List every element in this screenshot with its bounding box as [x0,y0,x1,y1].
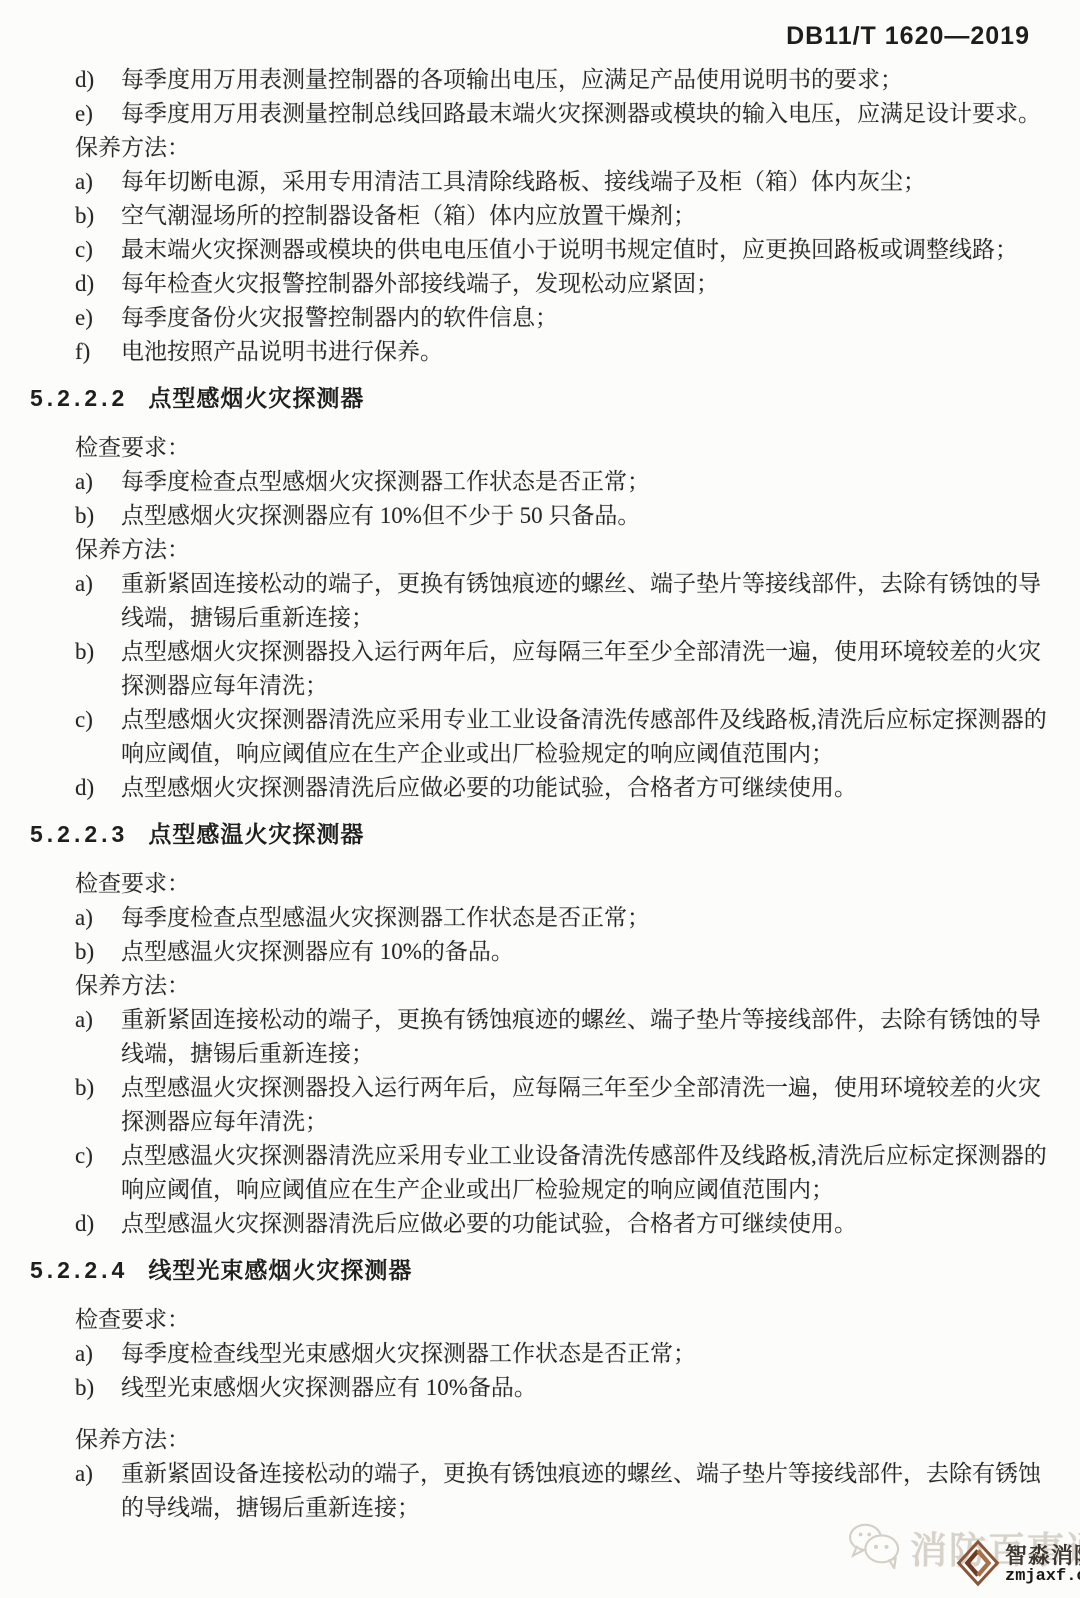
list-item: c) 最末端火灾探测器或模块的供电电压值小于说明书规定值时，应更换回路板或调整线… [75,233,1056,267]
document-page: DB11/T 1620—2019 d) 每季度用万用表测量控制器的各项输出电压，… [0,0,1080,1598]
section-heading-5224: 5.2.2.4 线型光束感烟火灾探测器 [30,1253,1056,1287]
list-item: a) 重新紧固设备连接松动的端子，更换有锈蚀痕迹的螺丝、端子垫片等接线部件，去除… [75,1457,1056,1525]
list-item: b) 线型光束感烟火灾探测器应有 10%备品。 [75,1371,1056,1405]
prelude-method-list: a) 每年切断电源，采用专用清洁工具清除线路板、接线端子及柜（箱）体内灰尘； b… [75,165,1056,369]
check-heading: 检查要求： [75,431,1056,465]
item-text: 每季度用万用表测量控制器的各项输出电压，应满足产品使用说明书的要求； [121,63,1056,97]
item-text: 点型感烟火灾探测器应有 10%但不少于 50 只备品。 [121,499,1056,533]
item-marker: a) [75,465,121,499]
chat-bubbles-icon [846,1521,904,1574]
item-text: 点型感烟火灾探测器清洗后应做必要的功能试验，合格者方可继续使用。 [121,771,1056,805]
item-marker: b) [75,199,121,233]
item-text: 重新紧固连接松动的端子，更换有锈蚀痕迹的螺丝、端子垫片等接线部件，去除有锈蚀的导… [121,1003,1056,1071]
method-heading: 保养方法： [75,533,1056,567]
section-heading-5222: 5.2.2.2 点型感烟火灾探测器 [30,381,1056,415]
check-list: a) 每季度检查点型感温火灾探测器工作状态是否正常； b) 点型感温火灾探测器应… [75,901,1056,969]
section-heading-5223: 5.2.2.3 点型感温火灾探测器 [30,817,1056,851]
item-text: 每季度用万用表测量控制总线回路最末端火灾探测器或模块的输入电压，应满足设计要求。 [121,97,1056,131]
item-marker: a) [75,567,121,635]
item-marker: d) [75,771,121,805]
diamond-logo-icon [956,1538,1000,1593]
list-item: b) 点型感烟火灾探测器应有 10%但不少于 50 只备品。 [75,499,1056,533]
brand-text: 智淼消防 zmjaxf.com [1005,1544,1080,1587]
item-marker: a) [75,1003,121,1071]
item-marker: d) [75,267,121,301]
item-text: 点型感温火灾探测器清洗后应做必要的功能试验，合格者方可继续使用。 [121,1207,1056,1241]
brand-name: 智淼消防 [1005,1544,1080,1568]
item-marker: a) [75,901,121,935]
item-text: 点型感温火灾探测器清洗应采用专业工业设备清洗传感部件及线路板,清洗后应标定探测器… [121,1139,1056,1207]
item-text: 点型感烟火灾探测器投入运行两年后，应每隔三年至少全部清洗一遍，使用环境较差的火灾… [121,635,1056,703]
list-item: e) 每季度用万用表测量控制总线回路最末端火灾探测器或模块的输入电压，应满足设计… [75,97,1056,131]
list-item: a) 每季度检查点型感温火灾探测器工作状态是否正常； [75,901,1056,935]
list-item: a) 重新紧固连接松动的端子，更换有锈蚀痕迹的螺丝、端子垫片等接线部件，去除有锈… [75,567,1056,635]
item-marker: c) [75,703,121,771]
section-title: 点型感温火灾探测器 [148,817,364,851]
item-marker: c) [75,233,121,267]
item-marker: b) [75,1371,121,1405]
list-item: b) 点型感温火灾探测器投入运行两年后，应每隔三年至少全部清洗一遍，使用环境较差… [75,1071,1056,1139]
list-item: d) 点型感温火灾探测器清洗后应做必要的功能试验，合格者方可继续使用。 [75,1207,1056,1241]
list-item: f) 电池按照产品说明书进行保养。 [75,335,1056,369]
item-text: 每年切断电源，采用专用清洁工具清除线路板、接线端子及柜（箱）体内灰尘； [121,165,1056,199]
item-text: 每季度检查点型感温火灾探测器工作状态是否正常； [121,901,1056,935]
item-text: 每年检查火灾报警控制器外部接线端子，发现松动应紧固； [121,267,1056,301]
item-marker: a) [75,1337,121,1371]
list-item: a) 每季度检查点型感烟火灾探测器工作状态是否正常； [75,465,1056,499]
list-item: c) 点型感温火灾探测器清洗应采用专业工业设备清洗传感部件及线路板,清洗后应标定… [75,1139,1056,1207]
check-list: a) 每季度检查点型感烟火灾探测器工作状态是否正常； b) 点型感烟火灾探测器应… [75,465,1056,533]
watermark-zhimiao-xiaofang: 智淼消防 zmjaxf.com [956,1538,1080,1593]
list-item: c) 点型感烟火灾探测器清洗应采用专业工业设备清洗传感部件及线路板,清洗后应标定… [75,703,1056,771]
check-heading: 检查要求： [75,1303,1056,1337]
doc-number: DB11/T 1620—2019 [786,22,1030,51]
method-heading: 保养方法： [75,969,1056,1003]
item-marker: b) [75,499,121,533]
section-title: 点型感烟火灾探测器 [148,381,364,415]
item-text: 空气潮湿场所的控制器设备柜（箱）体内应放置干燥剂； [121,199,1056,233]
item-text: 线型光束感烟火灾探测器应有 10%备品。 [121,1371,1056,1405]
brand-domain: zmjaxf.com [1005,1568,1080,1587]
list-item: d) 每季度用万用表测量控制器的各项输出电压，应满足产品使用说明书的要求； [75,63,1056,97]
check-heading: 检查要求： [75,867,1056,901]
item-marker: d) [75,1207,121,1241]
list-item: d) 点型感烟火灾探测器清洗后应做必要的功能试验，合格者方可继续使用。 [75,771,1056,805]
item-text: 电池按照产品说明书进行保养。 [121,335,1056,369]
item-text: 点型感烟火灾探测器清洗应采用专业工业设备清洗传感部件及线路板,清洗后应标定探测器… [121,703,1056,771]
item-marker: d) [75,63,121,97]
list-item: b) 空气潮湿场所的控制器设备柜（箱）体内应放置干燥剂； [75,199,1056,233]
method-list: a) 重新紧固连接松动的端子，更换有锈蚀痕迹的螺丝、端子垫片等接线部件，去除有锈… [75,1003,1056,1241]
list-item: b) 点型感烟火灾探测器投入运行两年后，应每隔三年至少全部清洗一遍，使用环境较差… [75,635,1056,703]
item-marker: b) [75,935,121,969]
list-item: b) 点型感温火灾探测器应有 10%的备品。 [75,935,1056,969]
item-text: 点型感温火灾探测器投入运行两年后，应每隔三年至少全部清洗一遍，使用环境较差的火灾… [121,1071,1056,1139]
item-marker: f) [75,335,121,369]
section-number: 5.2.2.2 [30,381,128,415]
list-item: e) 每季度备份火灾报警控制器内的软件信息； [75,301,1056,335]
list-item: a) 每年切断电源，采用专用清洁工具清除线路板、接线端子及柜（箱）体内灰尘； [75,165,1056,199]
item-marker: a) [75,1457,121,1525]
method-heading: 保养方法： [75,131,1056,165]
item-text: 每季度检查点型感烟火灾探测器工作状态是否正常； [121,465,1056,499]
item-text: 点型感温火灾探测器应有 10%的备品。 [121,935,1056,969]
method-list: a) 重新紧固设备连接松动的端子，更换有锈蚀痕迹的螺丝、端子垫片等接线部件，去除… [75,1457,1056,1525]
prelude-check-list: d) 每季度用万用表测量控制器的各项输出电压，应满足产品使用说明书的要求； e)… [75,63,1056,131]
section-number: 5.2.2.3 [30,817,128,851]
item-marker: e) [75,301,121,335]
item-marker: a) [75,165,121,199]
list-item: a) 每季度检查线型光束感烟火灾探测器工作状态是否正常； [75,1337,1056,1371]
list-item: d) 每年检查火灾报警控制器外部接线端子，发现松动应紧固； [75,267,1056,301]
item-text: 每季度检查线型光束感烟火灾探测器工作状态是否正常； [121,1337,1056,1371]
item-marker: c) [75,1139,121,1207]
item-text: 重新紧固设备连接松动的端子，更换有锈蚀痕迹的螺丝、端子垫片等接线部件，去除有锈蚀… [121,1457,1056,1525]
item-text: 重新紧固连接松动的端子，更换有锈蚀痕迹的螺丝、端子垫片等接线部件，去除有锈蚀的导… [121,567,1056,635]
section-title: 线型光束感烟火灾探测器 [148,1253,412,1287]
item-marker: e) [75,97,121,131]
list-item: a) 重新紧固连接松动的端子，更换有锈蚀痕迹的螺丝、端子垫片等接线部件，去除有锈… [75,1003,1056,1071]
method-list: a) 重新紧固连接松动的端子，更换有锈蚀痕迹的螺丝、端子垫片等接线部件，去除有锈… [75,567,1056,805]
item-text: 最末端火灾探测器或模块的供电电压值小于说明书规定值时，应更换回路板或调整线路； [121,233,1056,267]
method-heading: 保养方法： [75,1423,1056,1457]
item-text: 每季度备份火灾报警控制器内的软件信息； [121,301,1056,335]
check-list: a) 每季度检查线型光束感烟火灾探测器工作状态是否正常； b) 线型光束感烟火灾… [75,1337,1056,1405]
item-marker: b) [75,1071,121,1139]
section-number: 5.2.2.4 [30,1253,128,1287]
item-marker: b) [75,635,121,703]
document-content: d) 每季度用万用表测量控制器的各项输出电压，应满足产品使用说明书的要求； e)… [30,63,1056,1525]
